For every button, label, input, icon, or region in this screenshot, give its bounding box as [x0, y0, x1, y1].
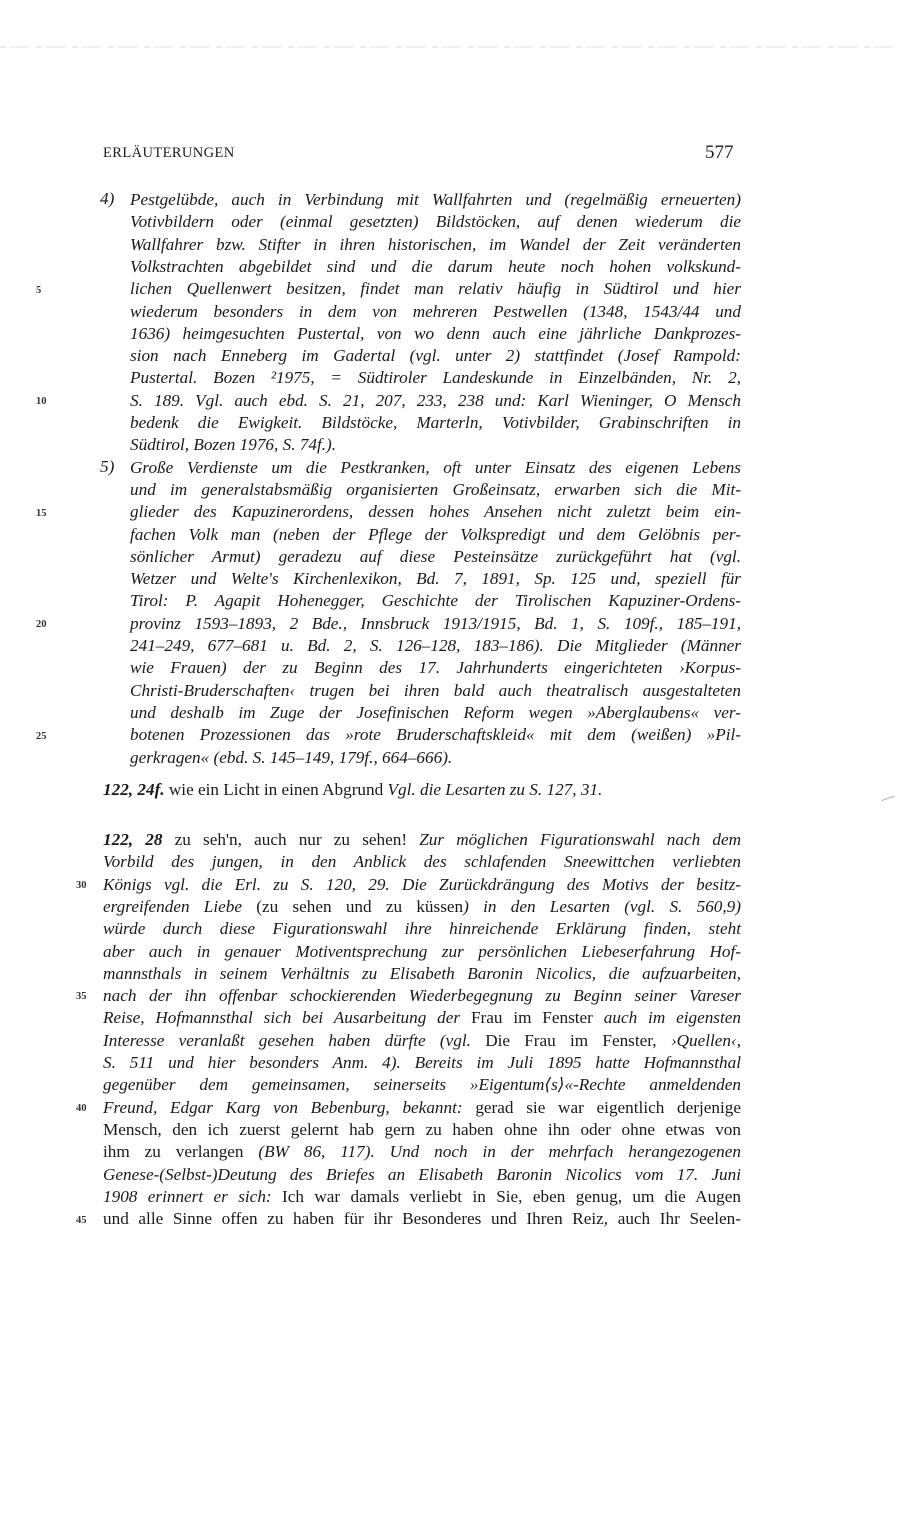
comment-text: würde durch diese Figurationswahl ihre h…: [103, 919, 741, 938]
note-line: wie Frauen) der zu Beginn des 17. Jahrhu…: [130, 657, 741, 679]
line-number: 5: [36, 285, 41, 296]
running-head: ERLÄUTERUNGEN: [103, 145, 235, 162]
lemma-reference: 122, 28: [103, 830, 175, 849]
line-number: 30: [76, 880, 87, 891]
note-line: fachen Volk man (neben der Pflege der Vo…: [130, 524, 741, 546]
comment-text: ›Quellen‹,: [657, 1031, 741, 1050]
quoted-text: ihm zu verlangen: [103, 1142, 258, 1161]
note-line: lichen Quellenwert besitzen, findet man …: [130, 278, 741, 300]
note-line: und deshalb im Zuge der Josefinischen Re…: [130, 702, 741, 724]
quoted-text: Die Frau im Fenster,: [485, 1031, 656, 1050]
quoted-text: gerad sie war eigentlich derjenige: [475, 1098, 741, 1117]
note-line: Südtirol, Bozen 1976, S. 74f.).: [130, 434, 741, 456]
entry-line: Vorbild des jungen, in den Anblick des s…: [103, 851, 741, 873]
note-marker: 5): [100, 457, 114, 477]
comment-text: Genese-(Selbst-)Deutung des Briefes an E…: [103, 1165, 741, 1184]
entry-line: Interesse veranlaßt gesehen haben dürfte…: [103, 1030, 741, 1052]
entry-line: würde durch diese Figurationswahl ihre h…: [103, 918, 741, 940]
comment-text: S. 511 und hier besonders Anm. 4). Berei…: [103, 1053, 741, 1072]
note-line: wiederum besonders in dem von mehreren P…: [130, 301, 741, 323]
note-line: Pustertal. Bozen ²1975, = Südtiroler Lan…: [130, 367, 741, 389]
entry-line: Mensch, den ich zuerst gelernt hab gern …: [103, 1119, 741, 1141]
comment-text: Vorbild des jungen, in den Anblick des s…: [103, 852, 741, 871]
entry-line: ihm zu verlangen (BW 86, 117). Und noch …: [103, 1141, 741, 1163]
line-number: 10: [36, 396, 47, 407]
line-number: 40: [76, 1103, 87, 1114]
comment-text: Interesse veranlaßt gesehen haben dürfte…: [103, 1031, 485, 1050]
entry-line: S. 511 und hier besonders Anm. 4). Berei…: [103, 1052, 741, 1074]
entry-line: und alle Sinne offen zu haben für ihr Be…: [103, 1208, 741, 1230]
note-line: bedenk die Ewigkeit. Bildstöcke, Marterl…: [130, 412, 741, 434]
note-line: 241–249, 677–681 u. Bd. 2, S. 126–128, 1…: [130, 635, 741, 657]
note-line: Pestgelübde, auch in Verbindung mit Wall…: [130, 189, 741, 211]
lemma-reference: 122, 24f.: [103, 780, 169, 799]
lemma-text: wie ein Licht in einen Abgrund: [169, 780, 388, 799]
comment-text: Vgl. die Lesarten zu S. 127, 31.: [388, 780, 603, 799]
note-line: botenen Prozessionen das »rote Brudersch…: [130, 724, 741, 746]
line-number: 45: [76, 1215, 87, 1226]
comment-text: (BW 86, 117). Und noch in der mehrfach h…: [258, 1142, 741, 1161]
note-line: Große Verdienste um die Pestkranken, oft…: [130, 457, 741, 479]
note-marker: 4): [100, 189, 114, 209]
comment-text: ) in den Lesarten (vgl. S. 560,9): [463, 897, 741, 916]
note-line: provinz 1593–1893, 2 Bde., Innsbruck 191…: [130, 613, 741, 635]
line-number: 25: [36, 731, 47, 742]
note-line: glieder des Kapuzinerordens, dessen hohe…: [130, 501, 741, 523]
pencil-mark-icon: [879, 790, 895, 801]
note-line: und im generalstabsmäßig organisierten G…: [130, 479, 741, 501]
entry-line: Königs vgl. die Erl. zu S. 120, 29. Die …: [103, 874, 741, 896]
scan-artifact-line: [0, 46, 900, 48]
note-line: Votivbildern oder (einmal gesetzten) Bil…: [130, 211, 741, 233]
quoted-text: und alle Sinne offen zu haben für ihr Be…: [103, 1209, 741, 1228]
note-line: S. 189. Vgl. auch ebd. S. 21, 207, 233, …: [130, 390, 741, 412]
entry-line: Reise, Hofmannsthal sich bei Ausarbeitun…: [103, 1007, 741, 1029]
entry-line: 1908 erinnert er sich: Ich war damals ve…: [103, 1186, 741, 1208]
quoted-text: Frau im Fenster: [471, 1008, 593, 1027]
comment-text: mannsthals in seinem Verhältnis zu Elisa…: [103, 964, 741, 983]
comment-text: 1908 erinnert er sich:: [103, 1187, 282, 1206]
comment-text: Königs vgl. die Erl. zu S. 120, 29. Die …: [103, 875, 741, 894]
comment-text: nach der ihn offenbar schockierenden Wie…: [103, 986, 741, 1005]
note-line: gerkragen« (ebd. S. 145–149, 179f., 664–…: [130, 747, 741, 769]
entry-line: 122, 24f. wie ein Licht in einen Abgrund…: [103, 779, 602, 801]
entry-line: 122, 28 zu seh'n, auch nur zu sehen! Zur…: [103, 829, 741, 851]
comment-text: Freund, Edgar Karg von Bebenburg, bekann…: [103, 1098, 475, 1117]
note-line: Volkstrachten abgebildet sind und die da…: [130, 256, 741, 278]
page-number: 577: [705, 142, 734, 164]
line-number: 15: [36, 508, 47, 519]
note-line: sion nach Enneberg im Gadertal (vgl. unt…: [130, 345, 741, 367]
entry-line: gegenüber dem gemeinsamen, seinerseits »…: [103, 1074, 741, 1096]
note-line: Tirol: P. Agapit Hohenegger, Geschichte …: [130, 590, 741, 612]
note-line: Wetzer und Welte's Kirchenlexikon, Bd. 7…: [130, 568, 741, 590]
entry-line: Freund, Edgar Karg von Bebenburg, bekann…: [103, 1097, 741, 1119]
comment-text: auch im eigensten: [593, 1008, 741, 1027]
entry-line: aber auch in genauer Motiventsprechung z…: [103, 941, 741, 963]
line-number: 20: [36, 619, 47, 630]
comment-text: Zur möglichen Figurationswahl nach dem: [407, 830, 741, 849]
quoted-text: zu seh'n, auch nur zu sehen!: [175, 830, 407, 849]
entry-line: ergreifenden Liebe (zu sehen und zu küss…: [103, 896, 741, 918]
quoted-text: (zu sehen und zu küssen: [256, 897, 463, 916]
entry-line: nach der ihn offenbar schockierenden Wie…: [103, 985, 741, 1007]
quoted-text: Ich war damals verliebt in Sie, eben gen…: [282, 1187, 741, 1206]
comment-text: gegenüber dem gemeinsamen, seinerseits »…: [103, 1075, 741, 1094]
comment-text: aber auch in genauer Motiventsprechung z…: [103, 942, 741, 961]
comment-text: ergreifenden Liebe: [103, 897, 256, 916]
line-number: 35: [76, 991, 87, 1002]
comment-text: Reise, Hofmannsthal sich bei Ausarbeitun…: [103, 1008, 471, 1027]
note-line: Wallfahrer bzw. Stifter in ihren histori…: [130, 234, 741, 256]
entry-line: Genese-(Selbst-)Deutung des Briefes an E…: [103, 1164, 741, 1186]
note-line: sönlicher Armut) geradezu auf diese Pest…: [130, 546, 741, 568]
note-line: 1636) heimgesuchten Pustertal, von wo de…: [130, 323, 741, 345]
quoted-text: Mensch, den ich zuerst gelernt hab gern …: [103, 1120, 741, 1139]
entry-line: mannsthals in seinem Verhältnis zu Elisa…: [103, 963, 741, 985]
note-line: Christi-Bruderschaften‹ trugen bei ihren…: [130, 680, 741, 702]
